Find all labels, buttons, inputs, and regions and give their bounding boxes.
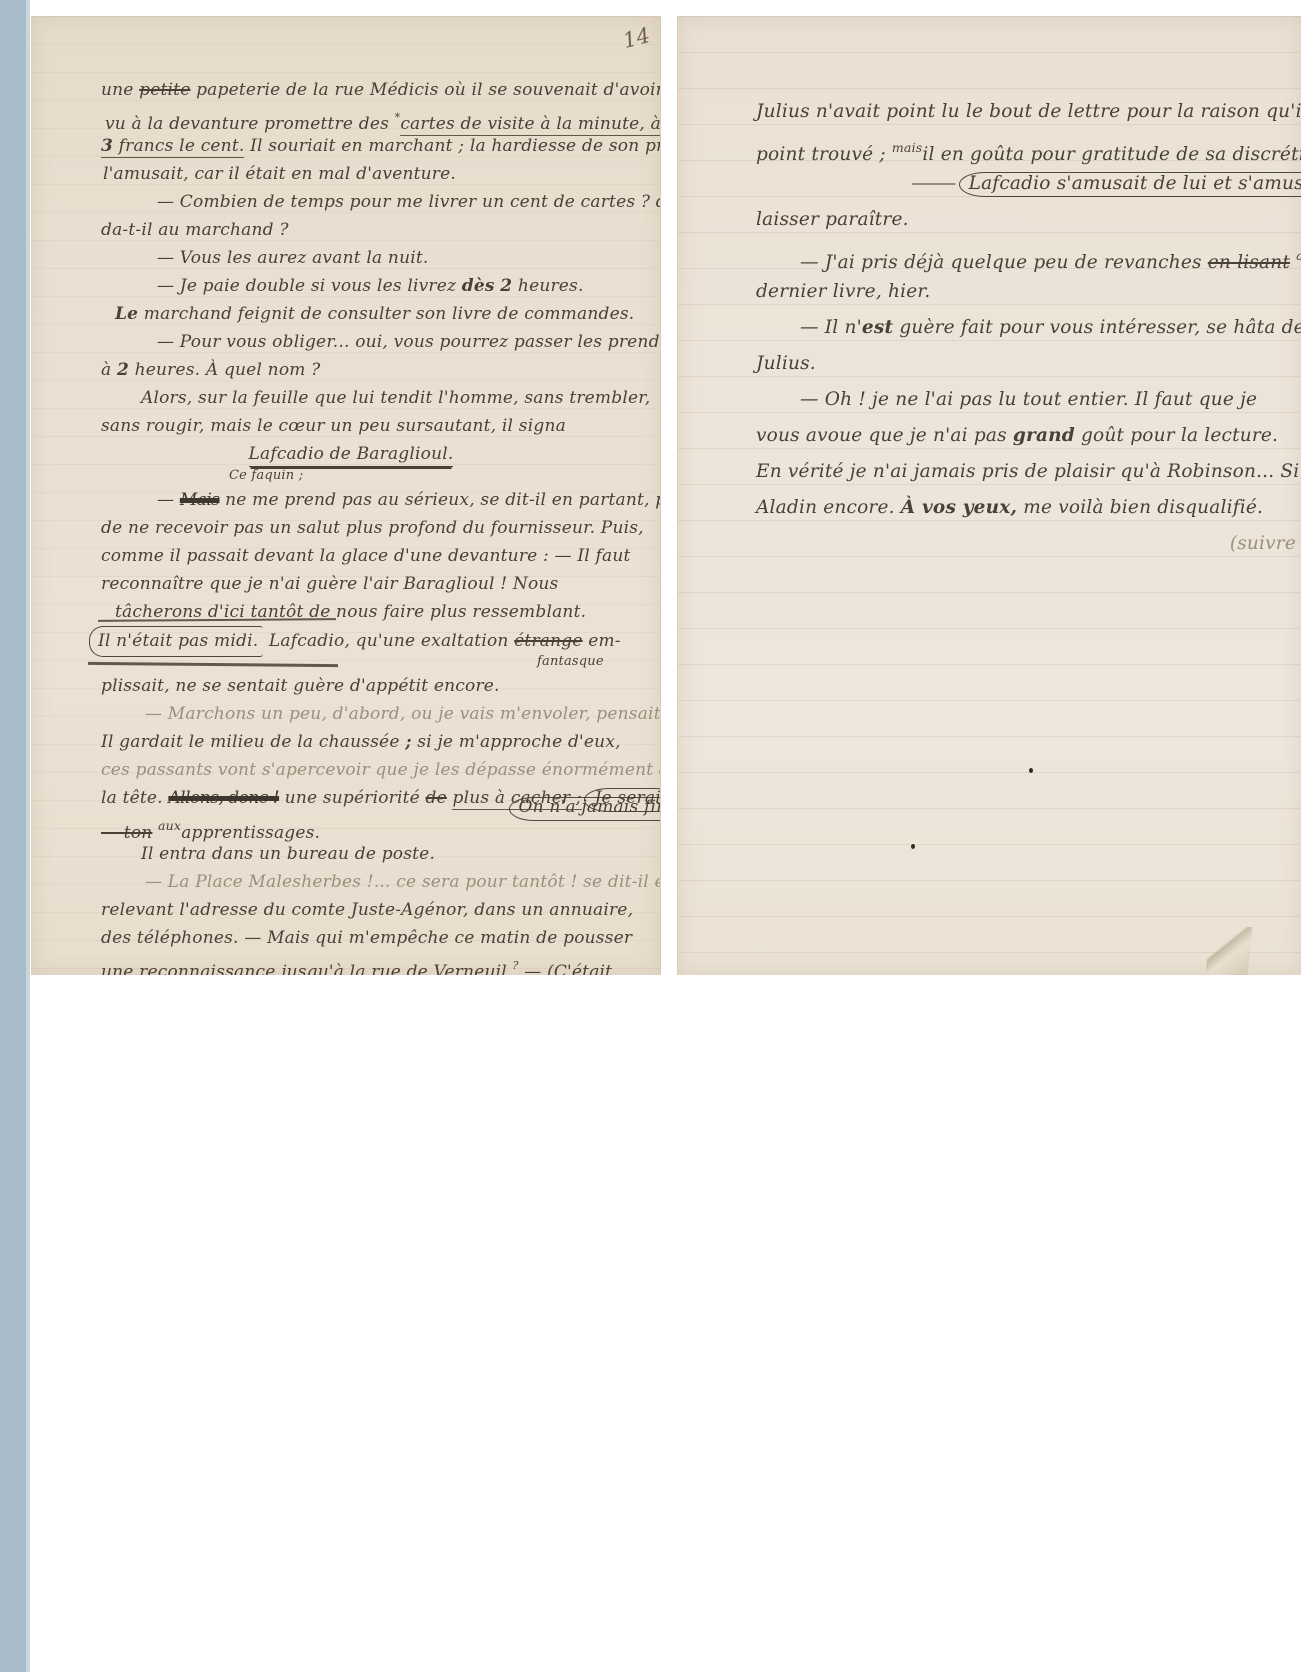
manuscript-line: Julius n'avait point lu le bout de lettr… bbox=[756, 94, 1301, 130]
handwritten-text: 3 bbox=[101, 136, 113, 158]
manuscript-line: reconnaître que je n'ai guère l'air Bara… bbox=[101, 570, 661, 598]
handwritten-text: Allons, donc ! bbox=[168, 788, 279, 808]
handwritten-text: Il souriait en marchant ; la hardiesse d… bbox=[244, 136, 661, 156]
handwritten-text: mais bbox=[892, 140, 923, 155]
handwritten-text: — — bbox=[912, 173, 955, 194]
manuscript-line: Lafcadio de Baraglioul. bbox=[101, 440, 601, 468]
handwritten-text: me voilà bien disqualifié. bbox=[1017, 497, 1263, 518]
handwritten-text: — Marchons un peu, d'abord, ou je vais m… bbox=[145, 704, 661, 724]
manuscript-line: ces passants vont s'apercevoir que je le… bbox=[101, 756, 661, 784]
handwritten-text: (suivre bbox=[1230, 533, 1296, 554]
handwritten-text: de ne recevoir pas un salut plus profond… bbox=[101, 518, 644, 538]
accent-strip bbox=[0, 0, 30, 1672]
handwritten-text: — Vous les aurez avant la nuit. bbox=[157, 248, 429, 268]
manuscript-line: Il gardait le milieu de la chaussée ; si… bbox=[101, 728, 661, 756]
handwritten-text: Lafcadio de Baraglioul. bbox=[249, 444, 454, 467]
handwritten-text: — bbox=[157, 490, 180, 510]
handwritten-text: Il n'était pas midi. bbox=[89, 626, 263, 657]
handwritten-text: francs le cent. bbox=[113, 136, 244, 158]
manuscript-line: — Il n'est guère fait pour vous intéress… bbox=[800, 310, 1301, 346]
manuscript-line: relevant l'adresse du comte Juste-Agénor… bbox=[101, 896, 661, 924]
handwritten-text: 2 bbox=[117, 360, 129, 380]
handwritten-text: ne me prend pas au sérieux, se dit-il en… bbox=[220, 490, 661, 510]
handwritten-text: goût pour la lecture. bbox=[1075, 425, 1278, 446]
handwritten-text: fantasque bbox=[537, 654, 604, 669]
manuscript-line: da-t-il au marchand ? bbox=[101, 216, 661, 244]
manuscript-line: — Combien de temps pour me livrer un cen… bbox=[157, 188, 661, 216]
handwritten-text: dernier livre, hier. bbox=[756, 281, 930, 302]
handwritten-text: — Oh ! je ne l'ai pas lu tout entier. Il… bbox=[800, 389, 1257, 410]
manuscript-line: fantasque bbox=[537, 654, 661, 672]
handwritten-text: dès bbox=[462, 276, 495, 296]
manuscript-line: Alors, sur la feuille que lui tendit l'h… bbox=[141, 384, 661, 412]
manuscript-page-left: 14 une petite papeterie de la rue Médici… bbox=[31, 16, 661, 975]
manuscript-line: — Mais ne me prend pas au sérieux, se di… bbox=[157, 486, 661, 514]
handwritten-text: une bbox=[101, 80, 139, 100]
handwritten-text: guère fait pour vous intéresser, se hâta… bbox=[893, 317, 1301, 338]
handwritten-text: — Combien de temps pour me livrer un cen… bbox=[157, 192, 661, 212]
manuscript-line: — Vous les aurez avant la nuit. bbox=[157, 244, 661, 272]
handwritten-text: — Pour vous obliger... oui, vous pourrez… bbox=[157, 332, 661, 352]
manuscript-line: En vérité je n'ai jamais pris de plaisir… bbox=[756, 454, 1301, 490]
manuscript-line: laisser paraître. bbox=[756, 202, 1301, 238]
handwritten-text: marchand feignit de consulter son livre … bbox=[138, 304, 634, 324]
manuscript-line: Ce faquin ; bbox=[229, 468, 661, 486]
handwritten-text: vu à la devanture promettre des bbox=[105, 114, 395, 134]
manuscript-line: des téléphones. — Mais qui m'empêche ce … bbox=[101, 924, 661, 952]
manuscript-line: une reconnaissance jusqu'à la rue de Ver… bbox=[101, 952, 661, 975]
manuscript-line: Il n'était pas midi. Lafcadio, qu'une ex… bbox=[101, 626, 661, 654]
manuscript-page-right: Julius n'avait point lu le bout de lettr… bbox=[677, 16, 1301, 975]
handwritten-text: ces passants vont s'apercevoir que je le… bbox=[101, 760, 661, 780]
handwritten-text: aux bbox=[158, 818, 181, 833]
manuscript-line: (suivre bbox=[756, 526, 1296, 562]
handwritten-text: Julius. bbox=[756, 353, 816, 374]
manuscript-line: Le marchand feignit de consulter son liv… bbox=[115, 300, 661, 328]
handwritten-text: — Il n' bbox=[800, 317, 862, 338]
handwritten-text: Lafcadio s'amusait de lui et s'amusait à… bbox=[959, 172, 1301, 197]
manuscript-line: à 2 heures. À quel nom ? bbox=[101, 356, 661, 384]
handwritten-text: — La Place Malesherbes !... ce sera pour… bbox=[145, 872, 661, 892]
manuscript-line: plissait, ne se sentait guère d'appétit … bbox=[101, 672, 661, 700]
handwritten-text: petite bbox=[139, 80, 190, 100]
handwritten-text: da-t-il au marchand ? bbox=[101, 220, 289, 240]
handwritten-text: est bbox=[862, 317, 893, 338]
handwritten-text: étrange bbox=[514, 631, 582, 651]
handwritten-text: Le bbox=[115, 304, 138, 324]
handwritten-text: à bbox=[101, 360, 117, 380]
handwritten-text: — Je paie double si vous les livrez bbox=[157, 276, 462, 296]
manuscript-line: sans rougir, mais le cœur un peu sursaut… bbox=[101, 412, 661, 440]
handwritten-text: Il entra dans un bureau de poste. bbox=[141, 844, 435, 864]
manuscript-line: — Je paie double si vous les livrez dès … bbox=[157, 272, 661, 300]
handwritten-text: si je m'approche d'eux, bbox=[412, 732, 621, 752]
manuscript-line: dernier livre, hier. bbox=[756, 274, 1301, 310]
manuscript-line: vu à la devanture promettre des *cartes … bbox=[105, 104, 661, 132]
manuscript-line: Il entra dans un bureau de poste. bbox=[141, 840, 661, 868]
handwritten-text: Julius n'avait point lu le bout de lettr… bbox=[756, 101, 1301, 122]
handwritten-text: em- bbox=[583, 631, 621, 651]
manuscript-line: — Pour vous obliger... oui, vous pourrez… bbox=[157, 328, 661, 356]
handwritten-text: une reconnaissance jusqu'à la rue de Ver… bbox=[101, 962, 512, 975]
handwritten-text: plissait, ne se sentait guère d'appétit … bbox=[101, 676, 500, 696]
handwritten-text: point trouvé ; bbox=[756, 144, 892, 165]
handwritten-text: — J'ai pris déjà quelque peu de revanche… bbox=[800, 252, 1208, 273]
folio-number: 14 bbox=[620, 23, 652, 53]
handwritten-text: heures. bbox=[512, 276, 583, 296]
manuscript-line: Aladin encore. À vos yeux, me voilà bien… bbox=[756, 490, 1301, 526]
manuscript-line: comme il passait devant la glace d'une d… bbox=[101, 542, 661, 570]
manuscript-line: — Oh ! je ne l'ai pas lu tout entier. Il… bbox=[800, 382, 1301, 418]
page-fold-mark bbox=[1206, 923, 1253, 975]
manuscript-line: — — Lafcadio s'amusait de lui et s'amusa… bbox=[912, 166, 1301, 202]
handwritten-text: avec bbox=[1296, 248, 1301, 263]
handwritten-text: Mais bbox=[180, 490, 220, 510]
handwritten-text: sans rougir, mais le cœur un peu sursaut… bbox=[101, 416, 566, 436]
ink-dot bbox=[1029, 768, 1033, 773]
handwritten-text: Alors, sur la feuille que lui tendit l'h… bbox=[141, 388, 650, 408]
manuscript-line: tâcherons d'ici tantôt de nous faire plu… bbox=[115, 598, 661, 626]
handwritten-text: Ce faquin ; bbox=[229, 468, 303, 483]
manuscript-line: point trouvé ; maisil en goûta pour grat… bbox=[756, 130, 1301, 166]
handwritten-text: l'amusait, car il était en mal d'aventur… bbox=[103, 164, 456, 184]
scanned-manuscript-view: { "window": { "background": "#ffffff", "… bbox=[0, 0, 1301, 1672]
handwritten-text: Il gardait le milieu de la chaussée bbox=[101, 732, 405, 752]
manuscript-line: l'amusait, car il était en mal d'aventur… bbox=[103, 160, 661, 188]
handwritten-text: 2 bbox=[500, 276, 512, 296]
manuscript-line: Julius. bbox=[756, 346, 1301, 382]
handwriting-block-left: une petite papeterie de la rue Médicis o… bbox=[101, 76, 661, 975]
handwritten-text: comme il passait devant la glace d'une d… bbox=[101, 546, 631, 566]
ink-dot bbox=[911, 844, 915, 849]
manuscript-line: — Marchons un peu, d'abord, ou je vais m… bbox=[145, 700, 661, 728]
handwritten-text: la tête. bbox=[101, 788, 168, 808]
manuscript-line: — ton auxapprentissages.On n'a jamais fi… bbox=[101, 812, 661, 840]
handwritten-text: À vos yeux, bbox=[901, 497, 1017, 518]
manuscript-line: vous avoue que je n'ai pas grand goût po… bbox=[756, 418, 1301, 454]
handwritten-text: une supériorité bbox=[279, 788, 425, 808]
handwritten-text: en lisant bbox=[1208, 252, 1290, 273]
manuscript-line: — J'ai pris déjà quelque peu de revanche… bbox=[800, 238, 1301, 274]
handwritten-text: En vérité je n'ai jamais pris de plaisir… bbox=[756, 461, 1299, 482]
manuscript-line: une petite papeterie de la rue Médicis o… bbox=[101, 76, 661, 104]
handwritten-text: heures. À quel nom ? bbox=[129, 360, 321, 380]
handwritten-text: Aladin encore. bbox=[756, 497, 901, 518]
handwritten-text: vous avoue que je n'ai pas bbox=[756, 425, 1013, 446]
manuscript-line: de ne recevoir pas un salut plus profond… bbox=[101, 514, 661, 542]
handwritten-text: — (C'était bbox=[519, 962, 613, 975]
manuscript-line: — La Place Malesherbes !... ce sera pour… bbox=[145, 868, 661, 896]
handwritten-text: papeterie de la rue Médicis où il se sou… bbox=[190, 80, 661, 100]
manuscript-line: 3 francs le cent. Il souriait en marchan… bbox=[101, 132, 661, 160]
handwritten-text: On n'a jamais fini de bbox=[509, 797, 661, 821]
handwritten-text: il en goûta pour gratitude de sa discrét… bbox=[922, 144, 1301, 165]
handwritten-text: grand bbox=[1013, 425, 1075, 446]
handwriting-block-right: Julius n'avait point lu le bout de lettr… bbox=[756, 94, 1301, 562]
handwritten-text: relevant l'adresse du comte Juste-Agénor… bbox=[101, 900, 633, 920]
handwritten-text: laisser paraître. bbox=[756, 209, 909, 230]
handwritten-text: reconnaître que je n'ai guère l'air Bara… bbox=[101, 574, 558, 594]
handwritten-text: de bbox=[426, 788, 447, 808]
handwritten-text: des téléphones. — Mais qui m'empêche ce … bbox=[101, 928, 632, 948]
handwritten-text: Lafcadio, qu'une exaltation bbox=[263, 631, 514, 651]
